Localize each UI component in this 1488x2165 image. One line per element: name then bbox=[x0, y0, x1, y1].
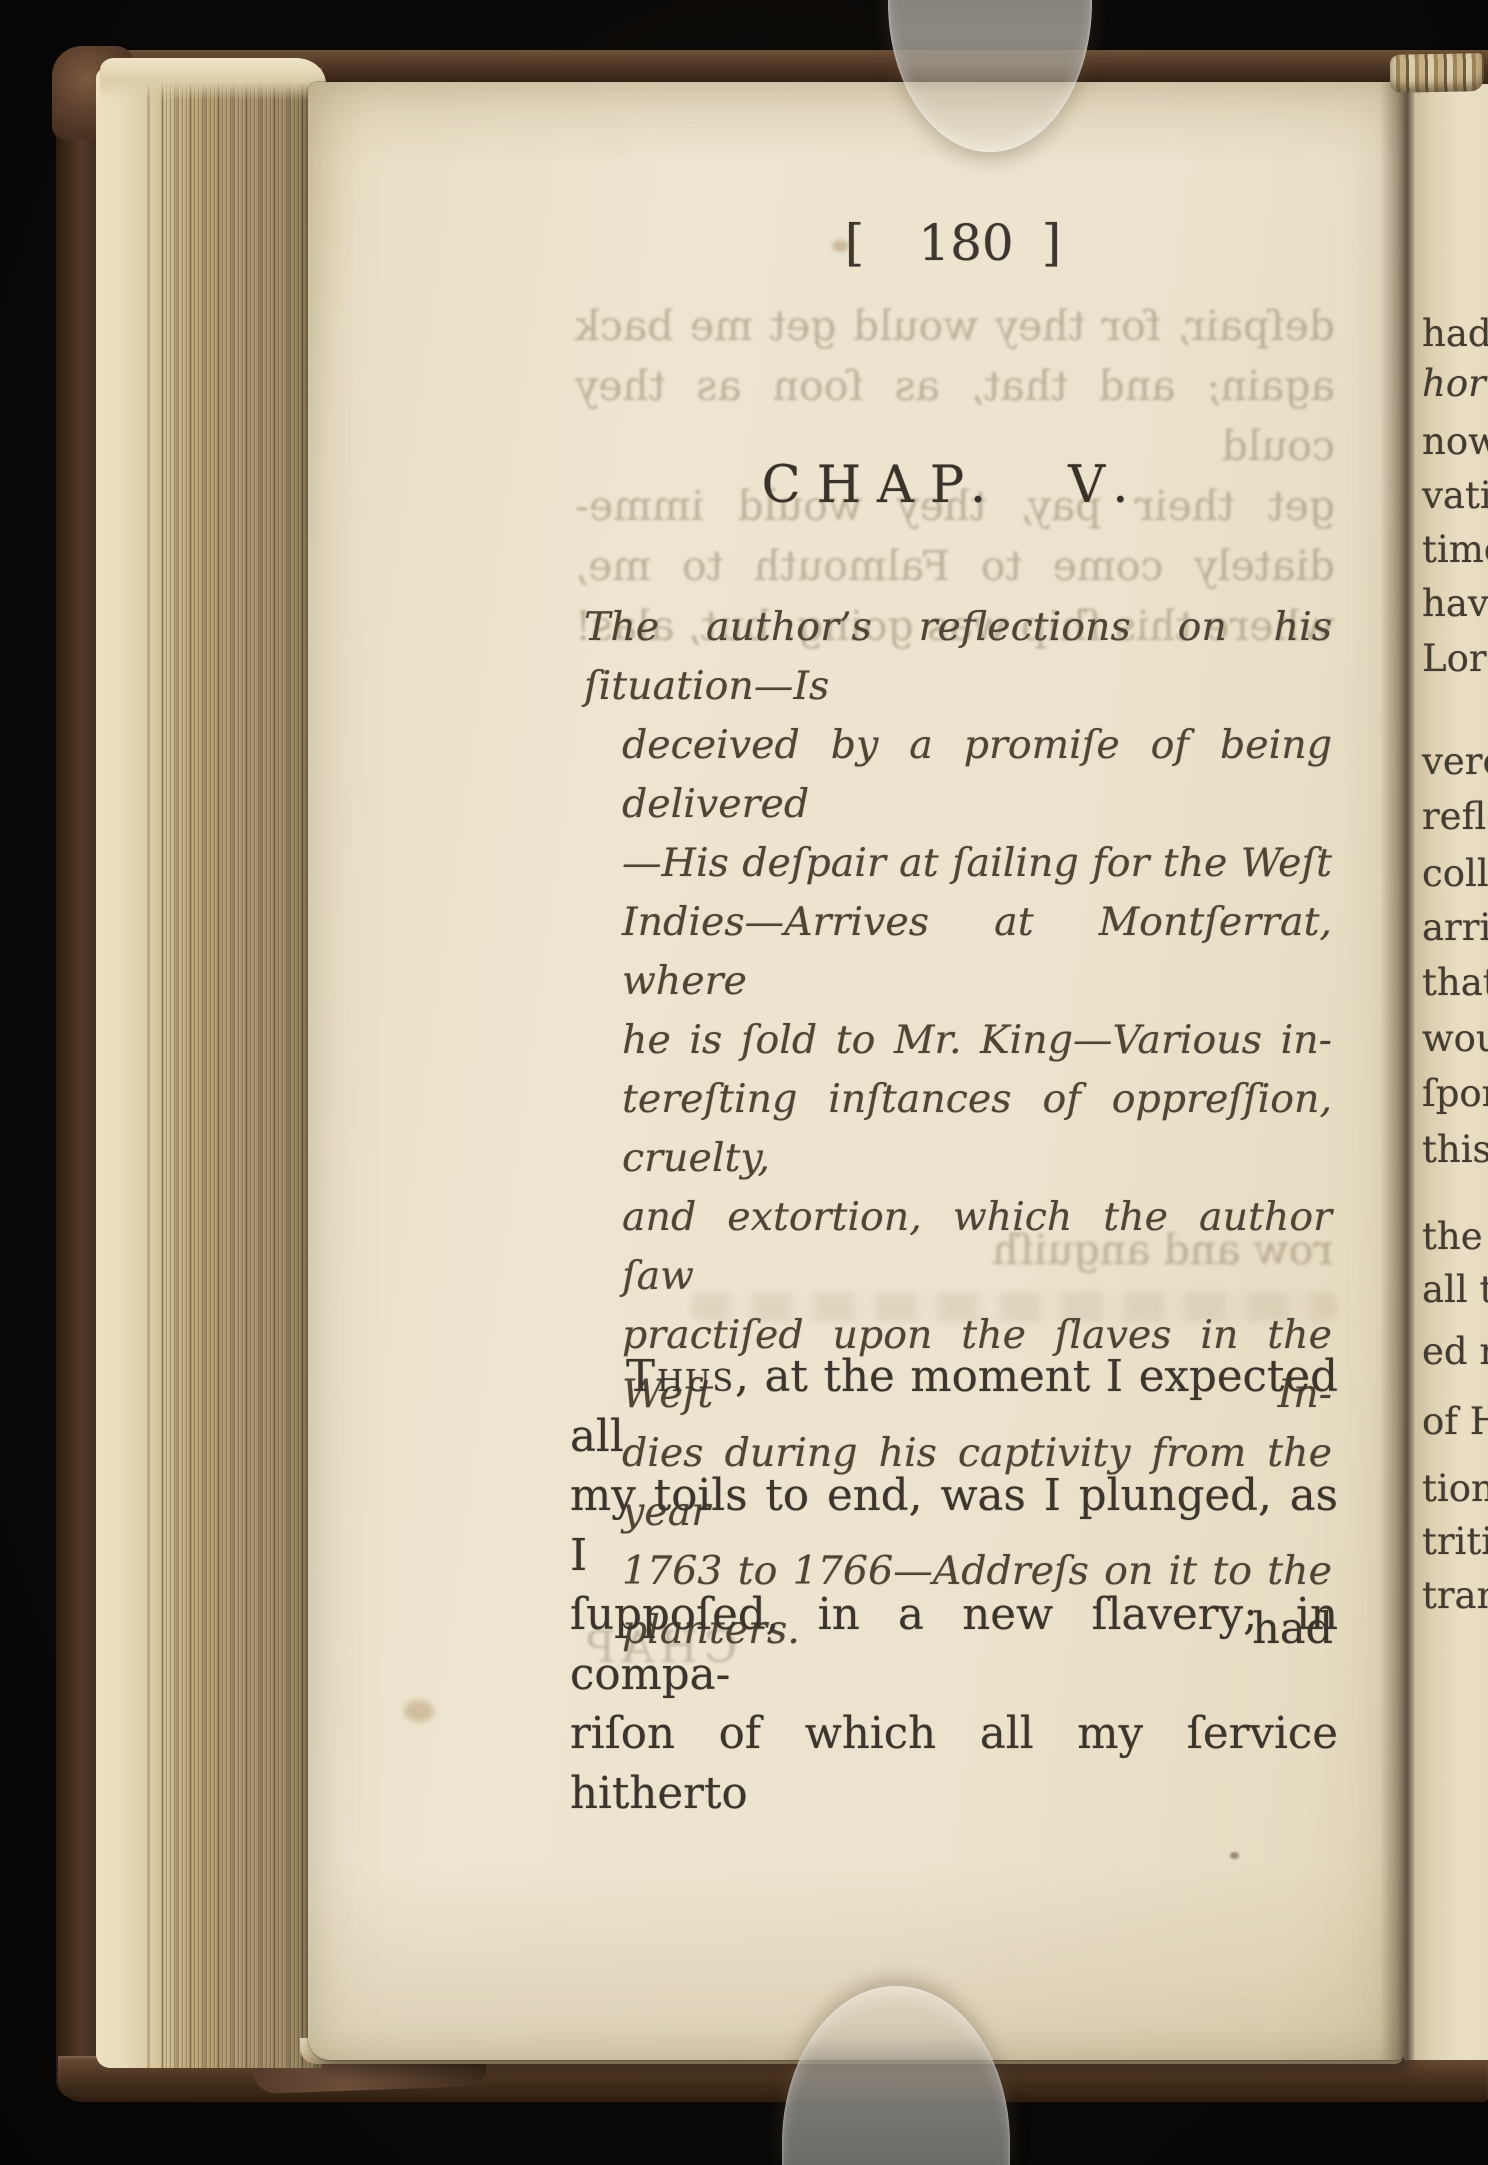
facing-page-fragment: this u bbox=[1422, 1128, 1488, 1171]
facing-page-fragment: now ru bbox=[1422, 420, 1488, 463]
chapter-heading: CHAP. V. bbox=[570, 456, 1336, 515]
facing-page-fragment: vation. bbox=[1422, 474, 1488, 517]
facing-page-fragment: ed m bbox=[1422, 1330, 1488, 1373]
bleedthrough-line: diately come to Falmouth to me, bbox=[575, 536, 1335, 596]
gutter-shadow bbox=[1380, 82, 1418, 2060]
facing-page-fragment: ſport bbox=[1422, 1072, 1488, 1115]
facing-page-fragment: reflect bbox=[1422, 795, 1488, 838]
body-line: riſon of which all my ſervice hitherto bbox=[570, 1705, 1338, 1824]
facing-page-fragment: collect bbox=[1422, 852, 1488, 895]
facing-page-fragment: the L bbox=[1422, 1215, 1488, 1258]
facing-page-fragment: horrors bbox=[1422, 362, 1488, 405]
page-number: [180] bbox=[570, 214, 1336, 272]
body-paragraph: Thus, at the moment I expected all my to… bbox=[570, 1348, 1338, 1824]
fore-edge-page-stack bbox=[96, 68, 322, 2068]
page-stack-top-edge bbox=[100, 58, 326, 100]
body-line: my toils to end, was I plunged, as I bbox=[570, 1467, 1338, 1586]
summary-line: deceived by a promiſe of being delivered bbox=[584, 716, 1332, 834]
facing-page-fragment: had be bbox=[1422, 312, 1488, 355]
facing-page-fragment: Lord, bbox=[1422, 637, 1488, 680]
summary-line: and extortion, which the author ſaw bbox=[584, 1188, 1332, 1306]
page-number-right-bracket: ] bbox=[1042, 214, 1062, 272]
facing-page-fragment: arriva bbox=[1422, 906, 1488, 949]
page-speck bbox=[1230, 1852, 1239, 1859]
facing-page-fragment: that a bbox=[1422, 961, 1488, 1004]
facing-page-fragment: verely bbox=[1422, 740, 1488, 783]
body-line: Thus, at the moment I expected all bbox=[570, 1348, 1338, 1467]
facing-page-fragment: would bbox=[1422, 1017, 1488, 1060]
facing-page-fragment: tion bbox=[1422, 1467, 1488, 1510]
body-lead-word: Thus bbox=[626, 1352, 735, 1402]
page-stain bbox=[404, 1700, 434, 1722]
page-number-value: 180 bbox=[918, 214, 1013, 272]
bleedthrough-line: deſpair, for they would get me back bbox=[575, 296, 1335, 356]
facing-page-fragment: all th bbox=[1422, 1268, 1488, 1311]
facing-page-fragment: time: bbox=[1422, 528, 1488, 571]
summary-line: he is ſold to Mr. King—Various in- bbox=[584, 1011, 1332, 1070]
headband-icon bbox=[1390, 53, 1485, 93]
summary-line: The author’s reflections on his ſituatio… bbox=[584, 598, 1332, 716]
summary-line: Indies—Arrives at Montſerrat, where bbox=[584, 893, 1332, 1011]
facing-page-fragment: have d bbox=[1422, 582, 1488, 625]
facing-page-fragment: triti bbox=[1422, 1520, 1488, 1563]
facing-page-fragment: tran bbox=[1422, 1574, 1488, 1617]
catchword: had bbox=[1180, 1604, 1333, 1654]
book-photograph: deſpair, for they would get me backagain… bbox=[0, 0, 1488, 2165]
summary-line: tereſting inſtances of oppreſſion, cruel… bbox=[584, 1070, 1332, 1188]
summary-line: —His deſpair at ſailing for the Weſt bbox=[584, 834, 1332, 893]
facing-page-fragment: of H bbox=[1422, 1400, 1488, 1443]
page-stain bbox=[832, 240, 849, 252]
